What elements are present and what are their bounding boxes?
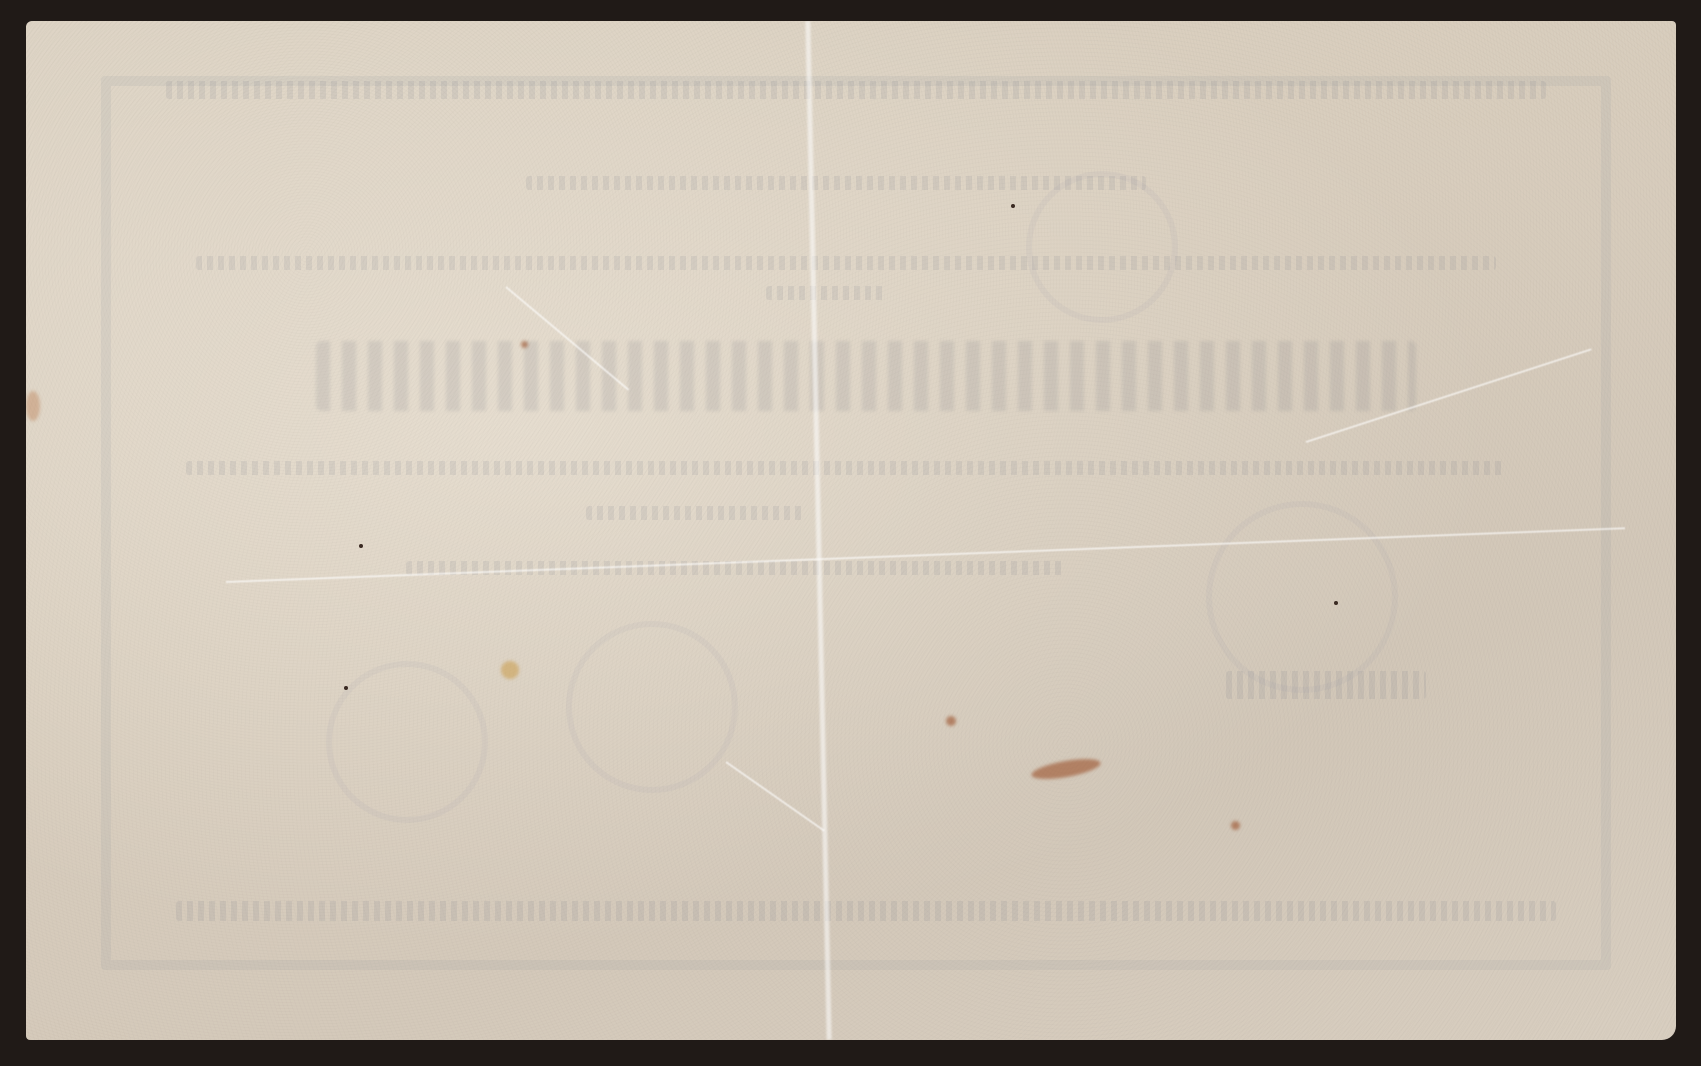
ghost-rosette [566, 621, 738, 793]
ghost-text-line [186, 461, 1506, 475]
ghost-text-line [176, 901, 1556, 921]
dirt-speck [1011, 204, 1015, 208]
ghost-rosette [326, 661, 488, 823]
rust-stain [521, 341, 528, 348]
rust-stain [1231, 821, 1240, 830]
ghost-text-line [196, 256, 1496, 270]
ghost-denomination-title [316, 341, 1416, 411]
rust-stain [946, 716, 956, 726]
dirt-speck [359, 544, 363, 548]
dirt-speck [344, 686, 348, 690]
ghost-border-frame [101, 76, 1611, 970]
rust-stain [501, 661, 519, 679]
banknote-reverse [26, 21, 1676, 1040]
ghost-text-line [166, 81, 1546, 99]
rust-stain [26, 391, 40, 421]
ghost-text-line [586, 506, 806, 520]
ghost-text-line [766, 286, 886, 300]
dirt-speck [1334, 601, 1338, 605]
ghost-rosette [1206, 501, 1398, 693]
ghost-rosette [1026, 171, 1178, 323]
